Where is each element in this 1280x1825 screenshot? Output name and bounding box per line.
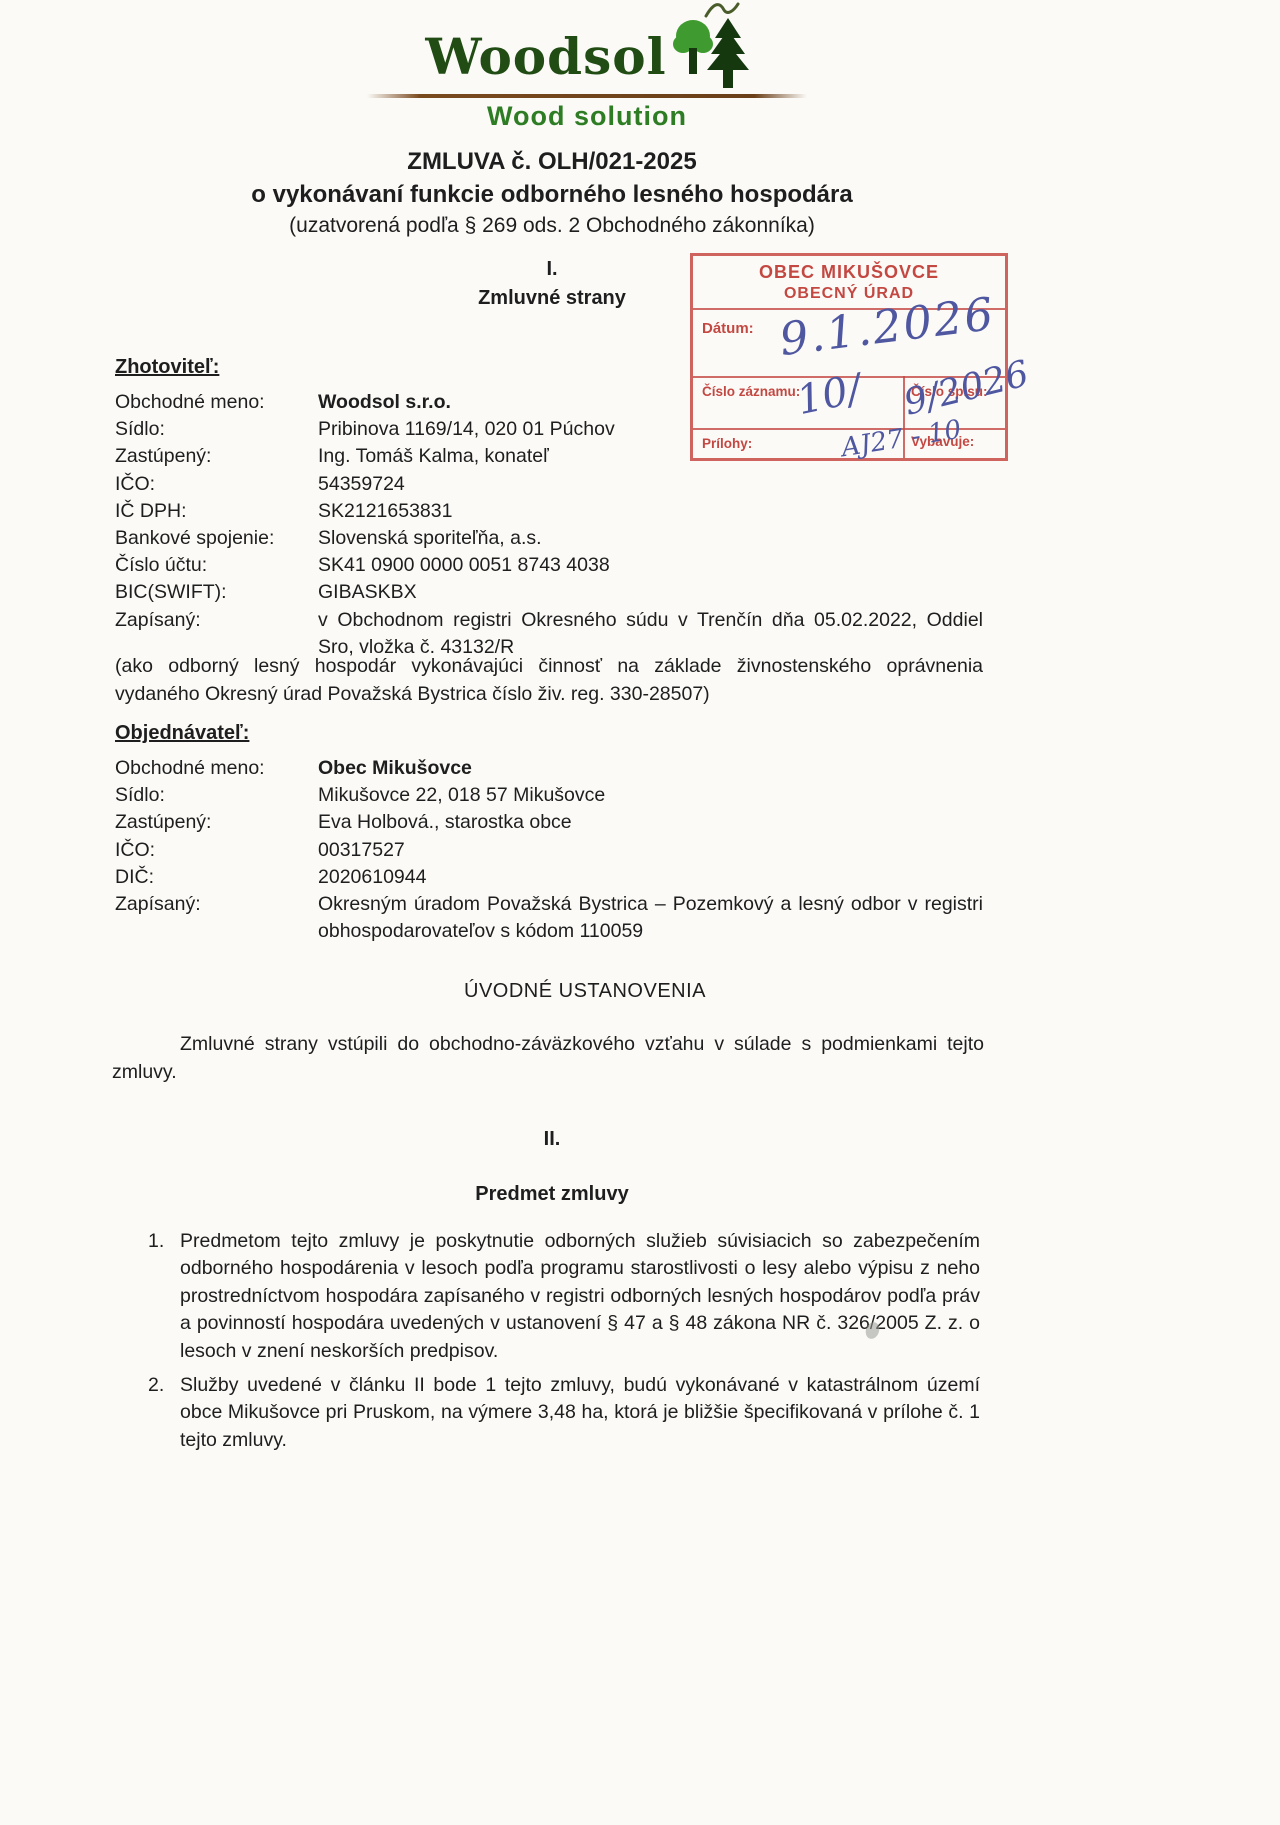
row-value: SK2121653831 bbox=[318, 498, 983, 525]
row-label: IČ DPH: bbox=[115, 498, 318, 525]
row-value: Mikušovce 22, 018 57 Mikušovce bbox=[318, 782, 983, 809]
clause-number: 2. bbox=[148, 1372, 164, 1399]
row-value: Slovenská sporiteľňa, a.s. bbox=[318, 525, 983, 552]
trees-icon bbox=[671, 16, 749, 90]
intro-section-heading: ÚVODNÉ USTANOVENIA bbox=[0, 980, 1170, 1003]
row-label: Bankové spojenie: bbox=[115, 525, 318, 552]
row-value: GIBASKBX bbox=[318, 579, 983, 606]
row-value: Eva Holbová., starostka obce bbox=[318, 809, 983, 836]
client-block: Objednávateľ: Obchodné meno: Obec Mikušo… bbox=[115, 720, 983, 945]
row-value: Woodsol s.r.o. bbox=[318, 389, 983, 416]
row-label: Zapísaný: bbox=[115, 891, 318, 945]
row-label: Zastúpený: bbox=[115, 809, 318, 836]
contractor-heading: Zhotoviteľ: bbox=[115, 354, 983, 380]
row-value: 54359724 bbox=[318, 471, 983, 498]
row-label: Zastúpený: bbox=[115, 443, 318, 470]
contract-number-title: ZMLUVA č. OLH/021-2025 bbox=[0, 146, 1104, 178]
contract-document-page: Woodsol Wood solution ZMLUVA č. OLH/021-… bbox=[0, 0, 1280, 1825]
contractor-row: Zastúpený: Ing. Tomáš Kalma, konateľ bbox=[115, 443, 983, 470]
row-label: BIC(SWIFT): bbox=[115, 579, 318, 606]
client-row: DIČ: 2020610944 bbox=[115, 864, 983, 891]
row-value: Obec Mikušovce bbox=[318, 755, 983, 782]
row-label: IČO: bbox=[115, 471, 318, 498]
row-value: SK41 0900 0000 0051 8743 4038 bbox=[318, 552, 983, 579]
contractor-row: IČO: 54359724 bbox=[115, 471, 983, 498]
contract-clause-1: 1. Predmetom tejto zmluvy je poskytnutie… bbox=[148, 1228, 980, 1365]
logo-divider-line bbox=[367, 94, 807, 98]
logo: Woodsol Wood solution bbox=[362, 20, 812, 132]
contractor-row: Obchodné meno: Woodsol s.r.o. bbox=[115, 389, 983, 416]
client-row: Sídlo: Mikušovce 22, 018 57 Mikušovce bbox=[115, 782, 983, 809]
logo-brand-text: Woodsol bbox=[425, 29, 666, 85]
client-row: Obchodné meno: Obec Mikušovce bbox=[115, 755, 983, 782]
row-label: Sídlo: bbox=[115, 416, 318, 443]
client-row: Zastúpený: Eva Holbová., starostka obce bbox=[115, 809, 983, 836]
contractor-row: IČ DPH: SK2121653831 bbox=[115, 498, 983, 525]
logo-tagline: Wood solution bbox=[362, 101, 812, 132]
clause-text: Predmetom tejto zmluvy je poskytnutie od… bbox=[180, 1230, 980, 1362]
row-label: Sídlo: bbox=[115, 782, 318, 809]
row-value: 2020610944 bbox=[318, 864, 983, 891]
row-value: 00317527 bbox=[318, 837, 983, 864]
contract-clause-2: 2. Služby uvedené v článku II bode 1 tej… bbox=[148, 1372, 980, 1454]
document-title: ZMLUVA č. OLH/021-2025 o vykonávaní funk… bbox=[0, 146, 1104, 241]
contractor-row: Číslo účtu: SK41 0900 0000 0051 8743 403… bbox=[115, 552, 983, 579]
row-label: IČO: bbox=[115, 837, 318, 864]
contractor-block: Zhotoviteľ: Obchodné meno: Woodsol s.r.o… bbox=[115, 354, 983, 661]
contractor-row: BIC(SWIFT): GIBASKBX bbox=[115, 579, 983, 606]
row-value: Okresným úradom Považská Bystrica – Poze… bbox=[318, 891, 983, 945]
contract-legal-basis: (uzatvorená podľa § 269 ods. 2 Obchodnéh… bbox=[0, 211, 1104, 241]
clause-text: Služby uvedené v článku II bode 1 tejto … bbox=[180, 1374, 980, 1451]
client-row: Zapísaný: Okresným úradom Považská Bystr… bbox=[115, 891, 983, 945]
contractor-row: Sídlo: Pribinova 1169/14, 020 01 Púchov bbox=[115, 416, 983, 443]
section-2-numeral: II. bbox=[0, 1128, 1104, 1151]
contract-subject-title: o vykonávaní funkcie odborného lesného h… bbox=[0, 178, 1104, 211]
row-label: DIČ: bbox=[115, 864, 318, 891]
intro-paragraph: Zmluvné strany vstúpili do obchodno-závä… bbox=[112, 1030, 984, 1086]
row-label: Obchodné meno: bbox=[115, 389, 318, 416]
client-row: IČO: 00317527 bbox=[115, 837, 983, 864]
section-2-title: Predmet zmluvy bbox=[0, 1183, 1104, 1206]
row-value: Ing. Tomáš Kalma, konateľ bbox=[318, 443, 983, 470]
row-value: Pribinova 1169/14, 020 01 Púchov bbox=[318, 416, 983, 443]
client-heading: Objednávateľ: bbox=[115, 720, 983, 746]
stamp-org-name: OBEC MIKUŠOVCE bbox=[693, 261, 1005, 284]
row-label: Číslo účtu: bbox=[115, 552, 318, 579]
contractor-row: Bankové spojenie: Slovenská sporiteľňa, … bbox=[115, 525, 983, 552]
contractor-license-note: (ako odborný lesný hospodár vykonávajúci… bbox=[115, 652, 983, 708]
stamp-date-label: Dátum: bbox=[702, 320, 754, 337]
clause-number: 1. bbox=[148, 1228, 164, 1255]
row-label: Obchodné meno: bbox=[115, 755, 318, 782]
